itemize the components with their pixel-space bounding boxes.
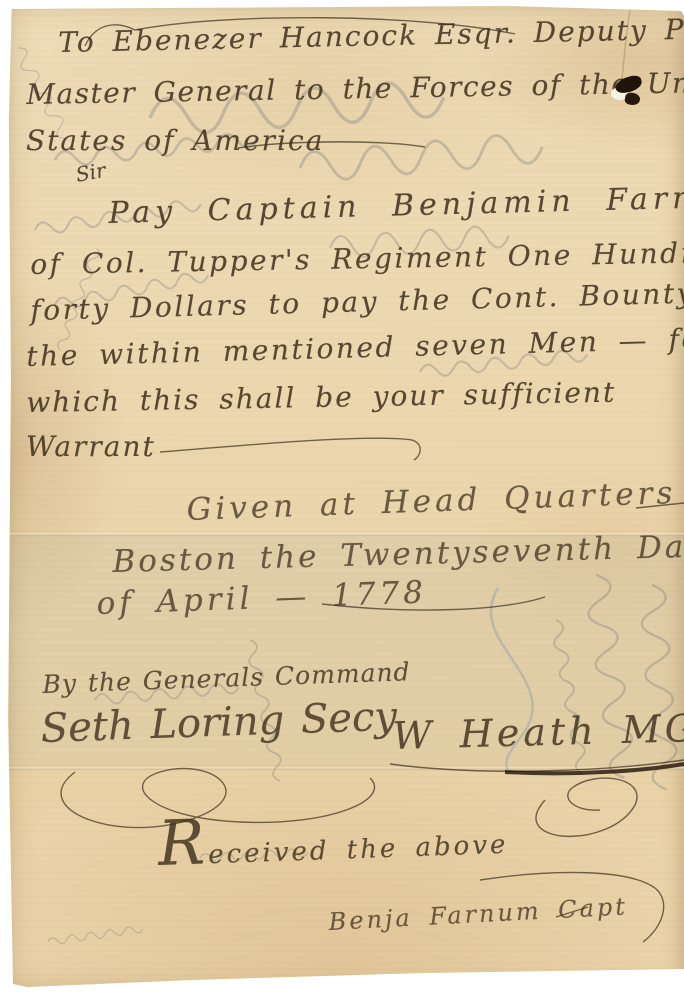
body-line-5: which this shall be your sufficient xyxy=(26,376,616,419)
dateline-place: Given at Head Quarters xyxy=(186,475,677,528)
address-line-2: Master General to the Forces of the Unit… xyxy=(26,65,684,111)
salutation: Sir xyxy=(74,158,107,187)
flourish-loring-underline xyxy=(61,769,374,828)
receipt-line: Received the above xyxy=(158,830,509,872)
flourish-heath-loop xyxy=(536,778,637,836)
body-line-1: Pay Captain Benjamin Farnum xyxy=(108,179,684,231)
address-line-1: To Ebenezer Hancock Esqr. Deputy Pay xyxy=(58,12,684,59)
address-line-3: States of America xyxy=(26,124,324,157)
body-line-4: the within mentioned seven Men — for xyxy=(26,322,684,373)
flourish-warrant-swash xyxy=(160,438,420,460)
body-line-6: Warrant xyxy=(26,430,156,463)
manuscript-paper: To Ebenezer Hancock Esqr. Deputy Pay Mas… xyxy=(0,0,684,1000)
body-line-3: forty Dollars to pay the Cont. Bounty to xyxy=(30,275,684,327)
receipt-signature: Benja Farnum Capt xyxy=(328,892,629,936)
general-signature: W Heath MG xyxy=(392,706,684,758)
document-photo: To Ebenezer Hancock Esqr. Deputy Pay Mas… xyxy=(0,0,684,1000)
body-line-2: of Col. Tupper's Regiment One Hundred & xyxy=(30,235,684,281)
fold-crease-lower xyxy=(8,767,684,770)
